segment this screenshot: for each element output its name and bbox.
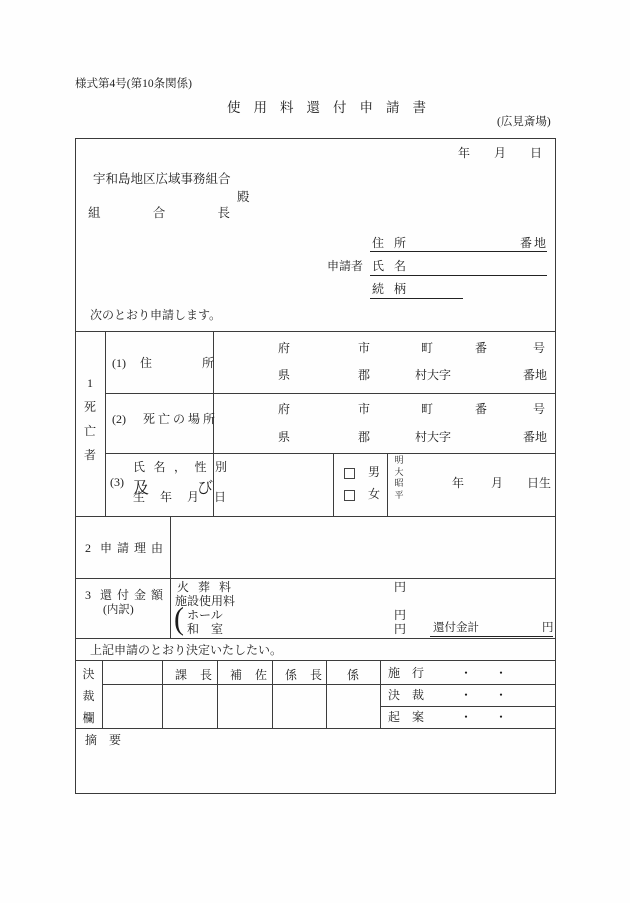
row3-label-line1: 氏名，性別	[133, 460, 236, 474]
birth-month-label: 月	[491, 476, 503, 490]
relation-label: 続柄	[372, 282, 416, 296]
addr-unit: 番地	[523, 368, 547, 382]
female-checkbox[interactable]	[344, 490, 355, 501]
address-tail-label: 番地	[520, 236, 548, 250]
addr-unit: 府	[278, 341, 290, 355]
yen-label: 円	[394, 622, 406, 636]
relation-field-line[interactable]	[370, 298, 463, 299]
grid-line-h	[380, 706, 555, 707]
female-label: 女	[368, 487, 380, 501]
date-dot: ・	[495, 666, 507, 680]
addr-unit: 郡	[358, 368, 370, 382]
yen-label: 円	[394, 580, 406, 594]
refund-number: 3	[85, 588, 91, 602]
date-month-label: 月	[494, 146, 506, 160]
grid-line-h	[75, 660, 555, 661]
refund-total-unit: 円	[542, 622, 554, 636]
yen-label: 円	[394, 608, 406, 622]
date-dot: ・	[460, 710, 472, 724]
grid-line-v	[170, 516, 171, 638]
birth-year-label: 年	[452, 476, 464, 490]
approval-header-kakaricho: 係長	[272, 666, 326, 683]
approval-index-char: 欄	[82, 707, 94, 729]
reason-label: 申請理由	[100, 541, 168, 555]
addr-unit: 県	[278, 430, 290, 444]
addr-unit: 市	[358, 341, 370, 355]
row3-label-line3: 生年月日	[133, 490, 241, 504]
address-field-line[interactable]	[370, 251, 547, 252]
approval-header-kakari: 係	[326, 666, 380, 683]
grid-line-h	[75, 728, 555, 729]
era-labels: 明 大 昭 平	[393, 455, 405, 501]
birth-day-label: 日生	[527, 476, 551, 490]
chief-char: 長	[217, 206, 230, 221]
grid-line-v	[380, 660, 381, 728]
name-field-line[interactable]	[370, 275, 547, 276]
form-number: 様式第4号(第10条関係)	[75, 78, 192, 92]
row2-number: (2)	[112, 412, 126, 426]
decision-note: 上記申請のとおり決定いたしたい。	[90, 643, 282, 657]
refund-total-field-line[interactable]	[430, 636, 553, 637]
deceased-index-char: 死	[84, 395, 96, 419]
site-label: (広見斎場)	[497, 116, 551, 130]
grid-line-v	[105, 331, 106, 516]
addr-unit: 村大字	[415, 430, 451, 444]
addr-unit: 号	[533, 341, 545, 355]
era-char: 大	[394, 467, 403, 479]
era-char: 平	[394, 490, 403, 502]
date-dot: ・	[495, 710, 507, 724]
intro-text: 次のとおり申請します。	[90, 308, 221, 322]
chief-title: 組 合 長	[88, 206, 230, 221]
grid-line-v	[333, 453, 334, 516]
grid-line-v	[102, 660, 103, 728]
date-dot: ・	[460, 688, 472, 702]
date-dot: ・	[495, 688, 507, 702]
grid-line-h	[105, 453, 555, 454]
org-name: 宇和島地区広域事務組合	[93, 172, 231, 187]
cremation-fee-label: 火葬料	[177, 580, 240, 594]
grid-line-h	[102, 684, 555, 685]
addr-unit: 番	[475, 402, 487, 416]
name-label: 氏名	[372, 259, 416, 273]
addr-unit: 府	[278, 402, 290, 416]
facility-fee-label: 施設使用料	[175, 594, 235, 608]
honorific-label: 殿	[237, 190, 250, 205]
addr-unit: 町	[421, 402, 433, 416]
addr-unit: 町	[421, 341, 433, 355]
approval-index-char: 決	[82, 663, 94, 685]
addr-unit: 村大字	[415, 368, 451, 382]
row1-number: (1)	[112, 356, 126, 370]
deceased-index-char: 1	[87, 371, 93, 395]
addr-unit: 郡	[358, 430, 370, 444]
approval-row-label: 決裁	[388, 688, 436, 702]
form-page: 様式第4号(第10条関係) 使用料還付申請書 (広見斎場) 年 月 日 宇和島地…	[0, 0, 630, 903]
male-label: 男	[368, 465, 380, 479]
grid-line-h	[105, 393, 555, 394]
grid-line-h	[75, 516, 555, 517]
approval-index: 決 裁 欄	[76, 663, 101, 729]
approval-header-hosa: 補佐	[217, 666, 272, 683]
date-dot: ・	[460, 666, 472, 680]
address-label: 住所	[372, 236, 416, 250]
grid-line-h	[75, 638, 555, 639]
addr-unit: 番地	[523, 430, 547, 444]
era-char: 昭	[394, 478, 403, 490]
refund-total-label: 還付金計	[433, 622, 479, 636]
addr-unit: 号	[533, 402, 545, 416]
row1-label: 住所	[140, 356, 264, 370]
deceased-index-char: 亡	[84, 419, 96, 443]
date-year-label: 年	[458, 146, 470, 160]
applicant-label: 申請者	[327, 259, 363, 273]
row2-label: 死亡の場所	[143, 412, 218, 426]
date-day-label: 日	[530, 146, 542, 160]
chief-char: 合	[153, 206, 166, 221]
approval-header-kacho: 課長	[162, 666, 217, 683]
male-checkbox[interactable]	[344, 468, 355, 479]
approval-index-char: 裁	[82, 685, 94, 707]
chief-char: 組	[88, 206, 101, 221]
form-title: 使用料還付申請書	[227, 100, 439, 116]
washitsu-fee-label: 和室	[187, 622, 235, 636]
hall-fee-label: ホール	[187, 608, 223, 622]
row3-number: (3)	[110, 475, 124, 489]
addr-unit: 番	[475, 341, 487, 355]
grid-line-h	[75, 331, 555, 332]
grid-line-h	[75, 578, 555, 579]
brace-glyph: (	[174, 604, 184, 636]
refund-sub-label: (内訳)	[103, 604, 134, 618]
era-char: 明	[394, 455, 403, 467]
deceased-index-char: 者	[84, 443, 96, 467]
approval-row-label: 施行	[388, 666, 436, 680]
addr-unit: 市	[358, 402, 370, 416]
addr-unit: 県	[278, 368, 290, 382]
refund-label: 還付金額	[100, 588, 168, 602]
approval-row-label: 起案	[388, 710, 436, 724]
summary-label: 摘要	[85, 733, 133, 747]
deceased-index: 1 死 亡 者	[75, 371, 105, 467]
grid-line-v	[387, 453, 388, 516]
reason-number: 2	[85, 541, 91, 555]
